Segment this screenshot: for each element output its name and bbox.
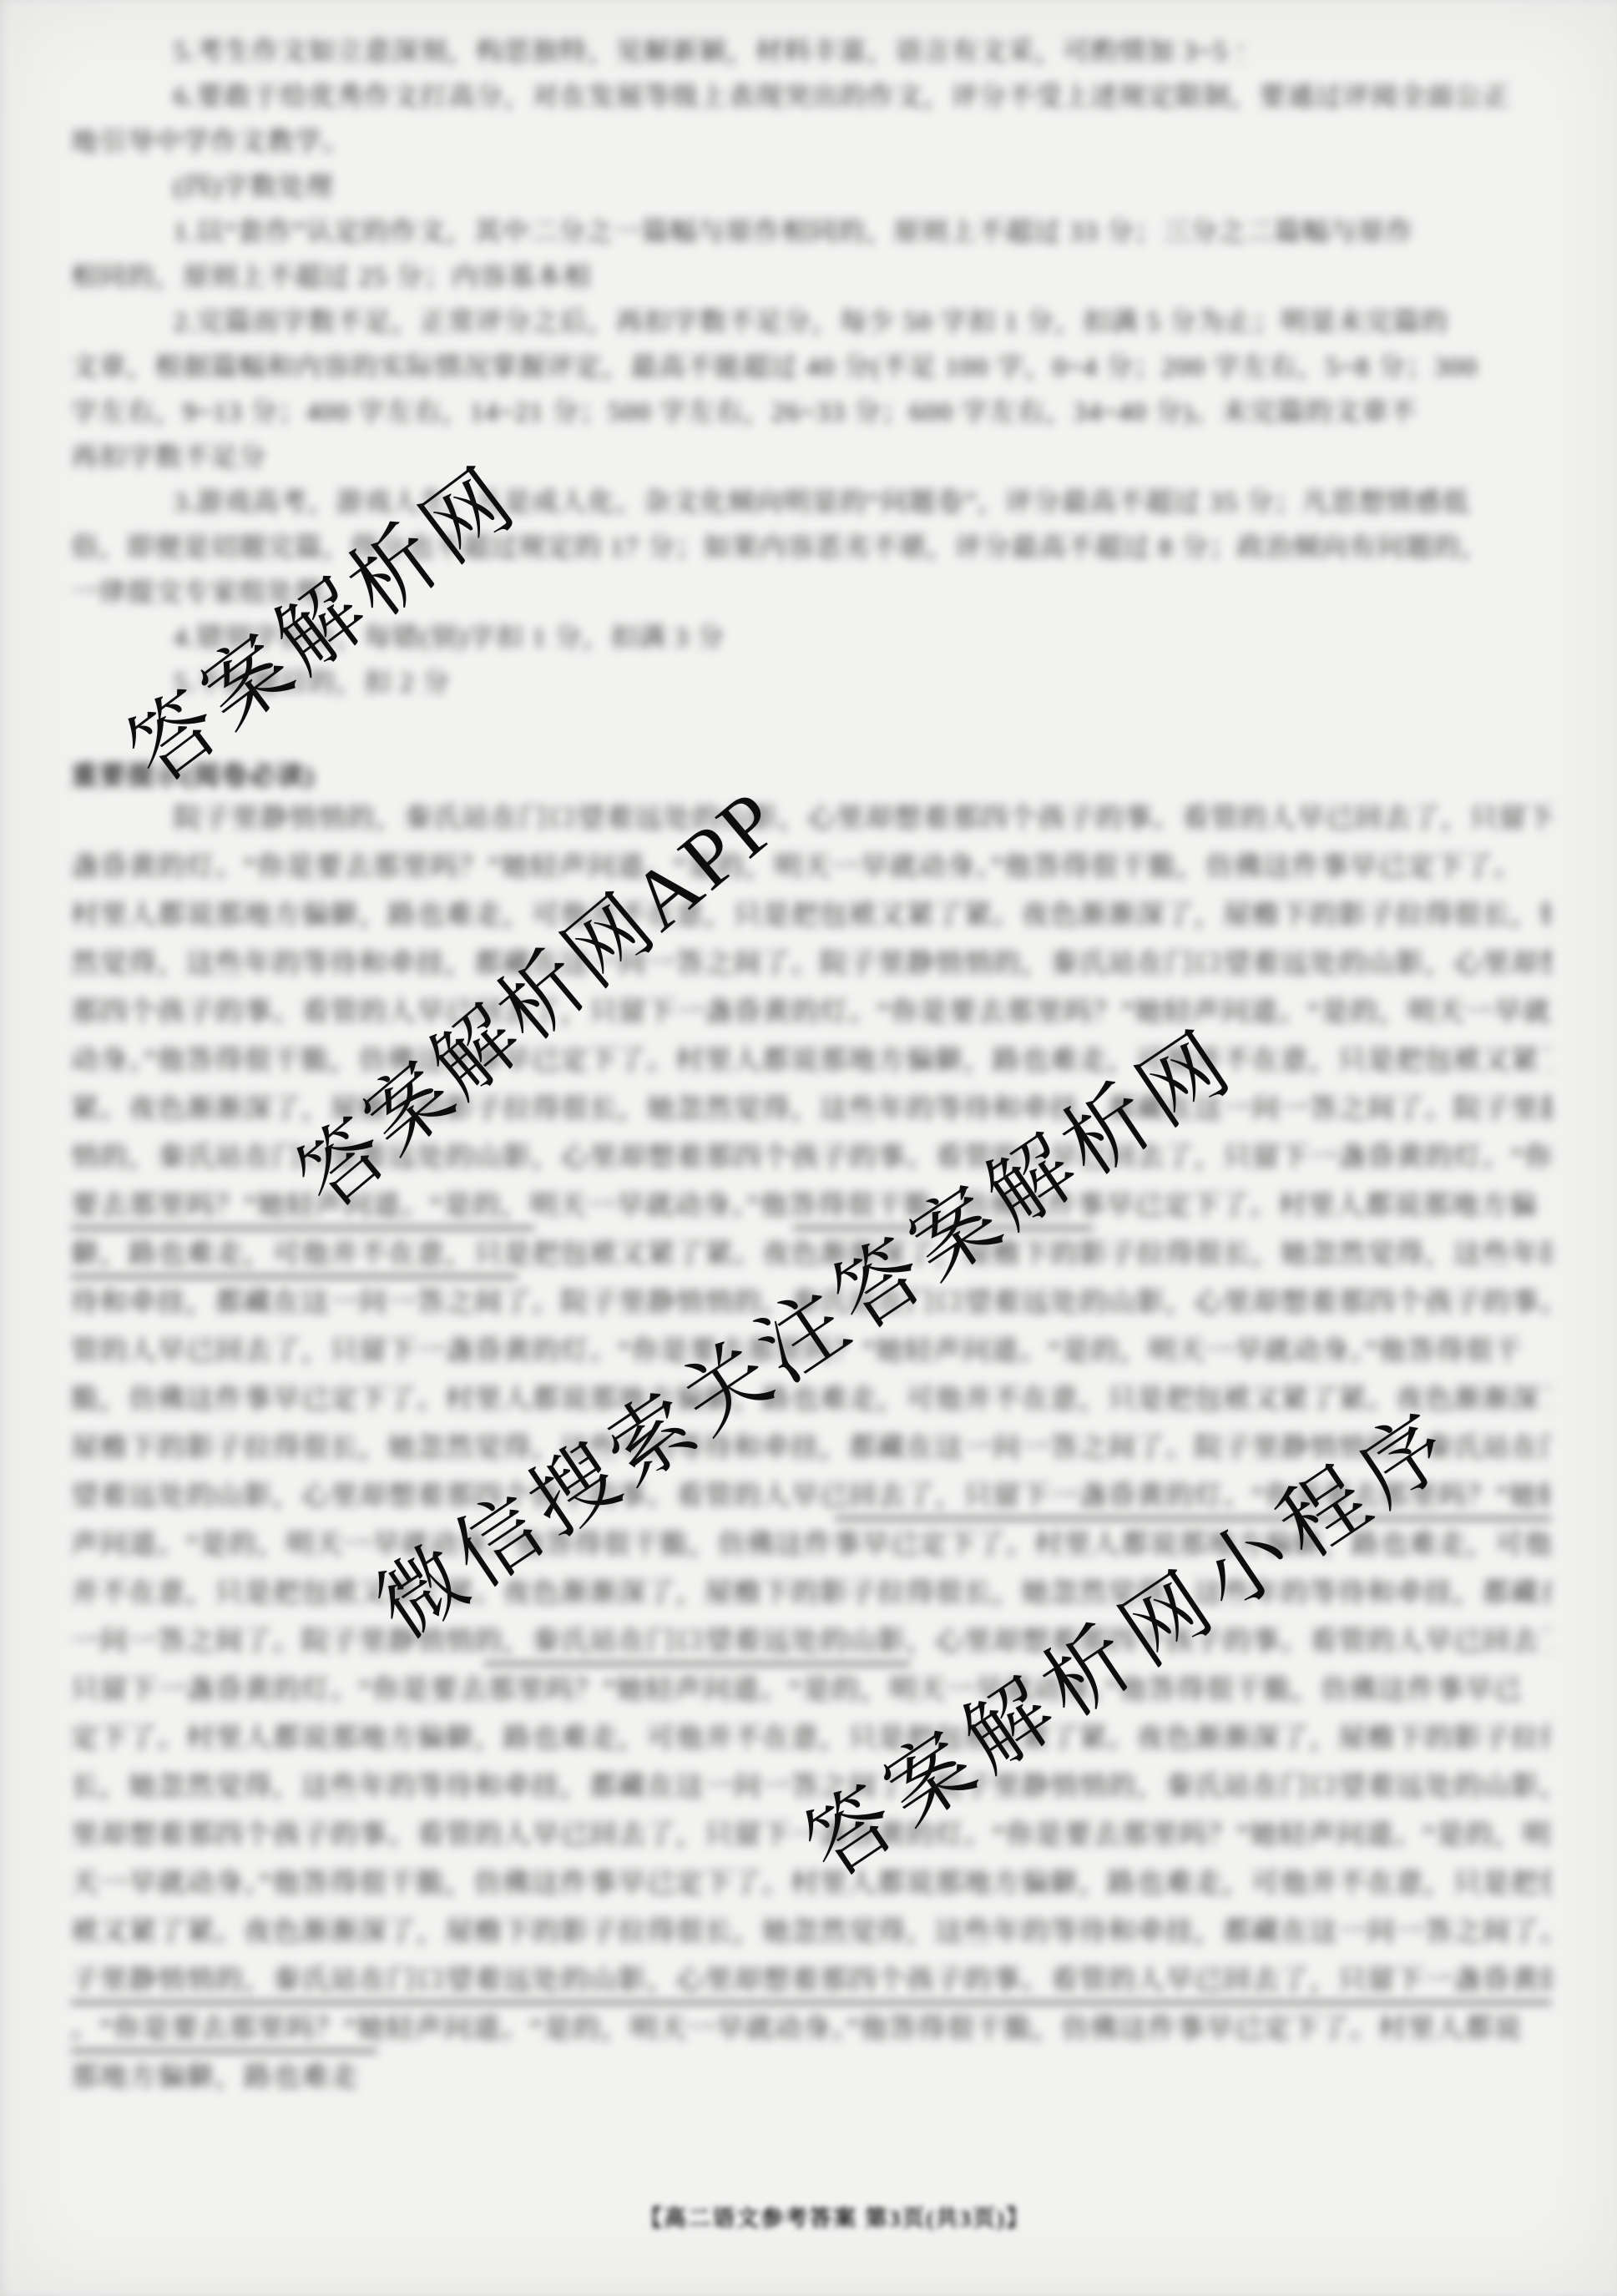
document-page: 5.考生作文如立意深刻，构思独特，见解新颖，材料丰富，语言有文采，可酌情加 3~… [0,0,1617,2296]
page-footer: 【高二语文参考答案 第3页(共3页)】 [639,2200,1030,2233]
footer-layer: 【高二语文参考答案 第3页(共3页)】 [0,0,1617,2296]
